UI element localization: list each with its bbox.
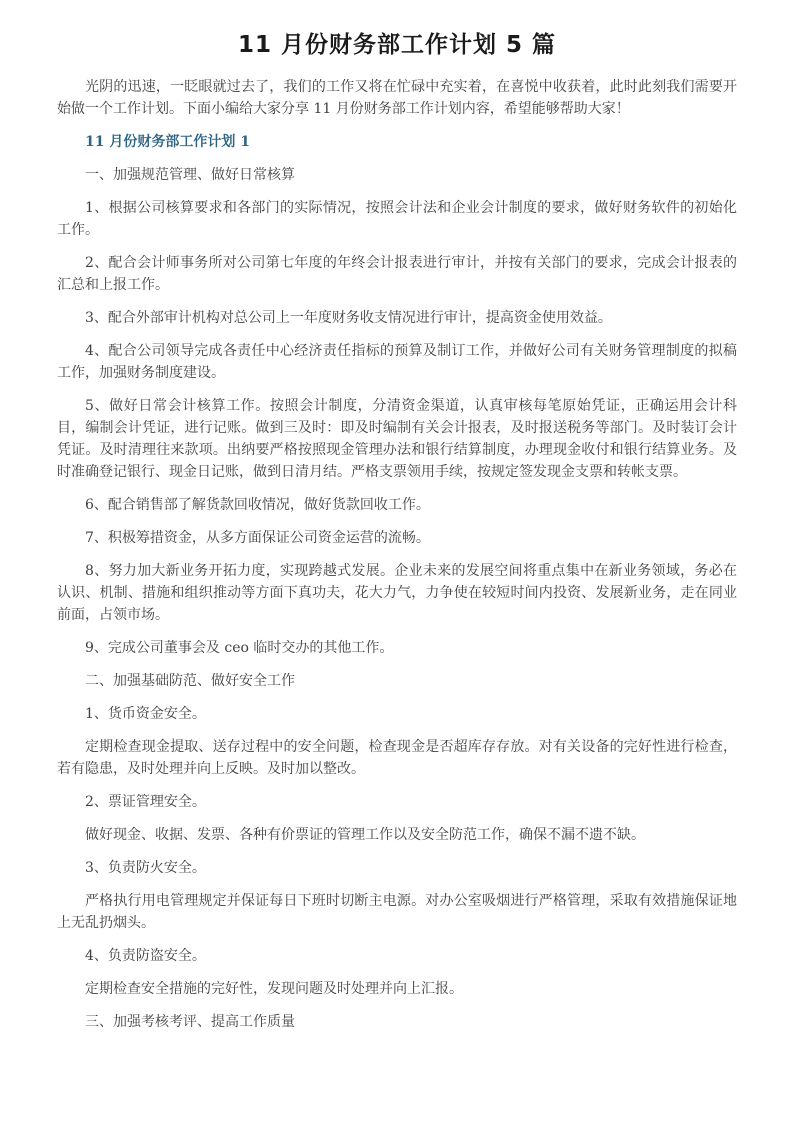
paragraph-s1-8: 8、努力加大新业务开拓力度，实现跨越式发展。企业未来的发展空间将重点集中在新业务… (57, 560, 737, 626)
section-heading-1: 一、加强规范管理、做好日常核算 (57, 164, 737, 186)
paragraph-s2-7: 4、负责防盗安全。 (57, 945, 737, 967)
article-subtitle-1: 11 月份财务部工作计划 1 (57, 131, 737, 153)
paragraph-s1-4: 4、配合公司领导完成各责任中心经济责任指标的预算及制订工作，并做好公司有关财务管… (57, 340, 737, 384)
paragraph-s1-9: 9、完成公司董事会及 ceo 临时交办的其他工作。 (57, 637, 737, 659)
paragraph-s1-1: 1、根据公司核算要求和各部门的实际情况，按照会计法和企业会计制度的要求，做好财务… (57, 197, 737, 241)
paragraph-s1-3: 3、配合外部审计机构对总公司上一年度财务收支情况进行审计，提高资金使用效益。 (57, 307, 737, 329)
paragraph-s2-3: 2、票证管理安全。 (57, 791, 737, 813)
paragraph-s2-8: 定期检查安全措施的完好性，发现问题及时处理并向上汇报。 (57, 978, 737, 1000)
paragraph-s2-6: 严格执行用电管理规定并保证每日下班时切断主电源。对办公室吸烟进行严格管理，采取有… (57, 890, 737, 934)
paragraph-s1-2: 2、配合会计师事务所对公司第七年度的年终会计报表进行审计，并按有关部门的要求，完… (57, 252, 737, 296)
paragraph-s2-2: 定期检查现金提取、送存过程中的安全问题，检查现金是否超库存存放。对有关设备的完好… (57, 736, 737, 780)
section-heading-2: 二、加强基础防范、做好安全工作 (57, 670, 737, 692)
document-page: 11 月份财务部工作计划 5 篇 光阴的迅速，一眨眼就过去了，我们的工作又将在忙… (0, 0, 794, 1123)
paragraph-s2-1: 1、货币资金安全。 (57, 703, 737, 725)
paragraph-s1-5: 5、做好日常会计核算工作。按照会计制度，分清资金渠道，认真审核每笔原始凭证，正确… (57, 395, 737, 483)
paragraph-s2-5: 3、负责防火安全。 (57, 857, 737, 879)
paragraph-s2-4: 做好现金、收据、发票、各种有价票证的管理工作以及安全防范工作，确保不漏不遗不缺。 (57, 824, 737, 846)
paragraph-s1-6: 6、配合销售部了解货款回收情况，做好货款回收工作。 (57, 494, 737, 516)
document-title: 11 月份财务部工作计划 5 篇 (57, 30, 737, 60)
section-heading-3: 三、加强考核考评、提高工作质量 (57, 1011, 737, 1033)
intro-paragraph: 光阴的迅速，一眨眼就过去了，我们的工作又将在忙碌中充实着，在喜悦中收获着，此时此… (57, 76, 737, 120)
paragraph-s1-7: 7、积极筹措资金，从多方面保证公司资金运营的流畅。 (57, 527, 737, 549)
